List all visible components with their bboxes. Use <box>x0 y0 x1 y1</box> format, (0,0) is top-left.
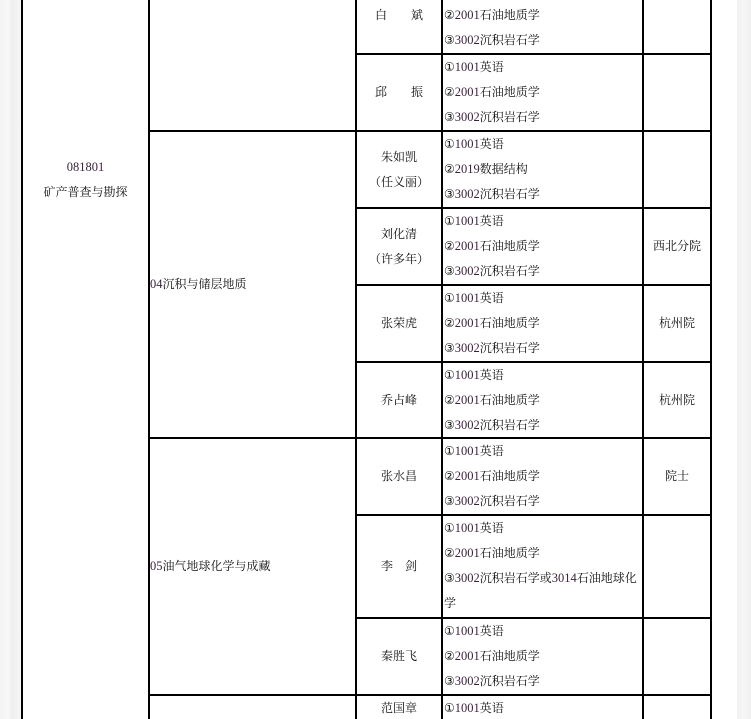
supervisor-name: 张荣虎 <box>381 311 417 336</box>
subject-line: ③3002沉积岩石学 <box>444 182 642 207</box>
subject-line: ③3002沉积岩石学或3014石油地球化 <box>444 566 642 591</box>
subject-line: ③3002沉积岩石学 <box>444 669 642 694</box>
supervisor-name: 范国章 <box>381 696 417 719</box>
direction-cell-05: 05油气地球化学与成藏 <box>150 439 355 694</box>
subject-line: ②2001石油地质学 <box>444 644 642 669</box>
table-border-left <box>21 0 23 719</box>
subject-line: ②2001石油地质学 <box>444 3 642 28</box>
subject-line: ①1001英语 <box>444 696 642 719</box>
major-code: 081801 <box>67 155 105 180</box>
subject-line: ①1001英语 <box>444 439 642 464</box>
supervisor-cell: 李 剑 <box>357 516 441 617</box>
page-left-margin <box>0 0 21 719</box>
subjects-cell: ①1001英语 <box>444 696 642 719</box>
subject-line: ①1001英语 <box>444 363 642 388</box>
supervisor-cell: 刘化清 （许多年） <box>357 209 441 284</box>
note-cell: 杭州院 <box>644 286 710 361</box>
supervisor-name: 乔占峰 <box>381 388 417 413</box>
supervisor-cell: 张水昌 <box>357 439 441 514</box>
subject-line: ③3002沉积岩石学 <box>444 105 642 130</box>
supervisor-alt-name: （许多年） <box>369 247 429 272</box>
page-scrollbar-track[interactable] <box>737 0 751 719</box>
direction-name: 沉积与储层地质 <box>163 277 247 291</box>
subject-line: 学 <box>444 591 642 616</box>
subject-line: ①1001英语 <box>444 209 642 234</box>
major-name: 矿产普查与勘探 <box>43 180 127 205</box>
supervisor-name: 李 剑 <box>381 554 417 579</box>
direction-code: 05 <box>150 559 163 573</box>
supervisor-cell: 范国章 <box>357 696 441 719</box>
subjects-cell: ①1001英语 ②2001石油地质学 ③3002沉积岩石学或3014石油地球化 … <box>444 516 642 616</box>
note-cell: 西北分院 <box>644 209 710 284</box>
subject-line: ①1001英语 <box>444 516 642 541</box>
subjects-cell: ②2001石油地质学 ③3002沉积岩石学 <box>444 3 642 53</box>
subject-line: ②2001石油地质学 <box>444 234 642 259</box>
supervisor-cell: 朱如凯 （任义丽） <box>357 132 441 207</box>
subject-line: ②2001石油地质学 <box>444 541 642 566</box>
note-text: 院士 <box>665 464 689 489</box>
subject-line: ②2001石油地质学 <box>444 80 642 105</box>
subject-line: ②2001石油地质学 <box>444 388 642 413</box>
note-text: 杭州院 <box>659 311 695 336</box>
direction-code: 04 <box>150 277 163 291</box>
note-cell: 院士 <box>644 439 710 514</box>
supervisor-name: 秦胜飞 <box>381 644 417 669</box>
supervisor-cell: 乔占峰 <box>357 363 441 437</box>
direction-name: 油气地球化学与成藏 <box>163 559 271 573</box>
major-cell: 081801 矿产普查与勘探 <box>23 150 148 210</box>
subjects-cell: ①1001英语 ②2001石油地质学 ③3002沉积岩石学 <box>444 209 642 284</box>
supervisor-cell: 秦胜飞 <box>357 619 441 694</box>
supervisor-cell: 白 斌 <box>357 3 441 28</box>
subject-line: ③3002沉积岩石学 <box>444 28 642 53</box>
supervisor-name: 邱 振 <box>375 80 423 105</box>
subjects-cell: ①1001英语 ②2001石油地质学 ③3002沉积岩石学 <box>444 619 642 694</box>
subject-line: ③3002沉积岩石学 <box>444 336 642 361</box>
subject-line: ③3002沉积岩石学 <box>444 259 642 284</box>
subject-line: ②2001石油地质学 <box>444 311 642 336</box>
supervisor-alt-name: （任义丽） <box>369 170 429 195</box>
subject-line: ③3002沉积岩石学 <box>444 489 642 514</box>
subjects-cell: ①1001英语 ②2001石油地质学 ③3002沉积岩石学 <box>444 286 642 361</box>
subject-line: ①1001英语 <box>444 619 642 644</box>
note-cell: 杭州院 <box>644 363 710 437</box>
subject-line: ②2019数据结构 <box>444 157 642 182</box>
subject-line: ①1001英语 <box>444 286 642 311</box>
subject-line: ③3002沉积岩石学 <box>444 413 642 438</box>
supervisor-name: 张水昌 <box>381 464 417 489</box>
table-border-right <box>710 0 712 719</box>
supervisor-name: 朱如凯 <box>381 145 417 170</box>
direction-cell-04: 04沉积与储层地质 <box>150 132 355 437</box>
table-border-col4 <box>441 0 443 719</box>
note-text: 杭州院 <box>659 388 695 413</box>
subjects-cell: ①1001英语 ②2001石油地质学 ③3002沉积岩石学 <box>444 439 642 514</box>
supervisor-name: 白 斌 <box>375 3 423 28</box>
subjects-cell: ①1001英语 ②2001石油地质学 ③3002沉积岩石学 <box>444 363 642 438</box>
subjects-cell: ①1001英语 ②2001石油地质学 ③3002沉积岩石学 <box>444 55 642 130</box>
subjects-cell: ①1001英语 ②2019数据结构 ③3002沉积岩石学 <box>444 132 642 207</box>
note-text: 西北分院 <box>653 234 701 259</box>
subject-line: ②2001石油地质学 <box>444 464 642 489</box>
supervisor-name: 刘化清 <box>381 222 417 247</box>
subject-line: ①1001英语 <box>444 55 642 80</box>
subject-line: ①1001英语 <box>444 132 642 157</box>
supervisor-cell: 张荣虎 <box>357 286 441 361</box>
supervisor-cell: 邱 振 <box>357 55 441 130</box>
